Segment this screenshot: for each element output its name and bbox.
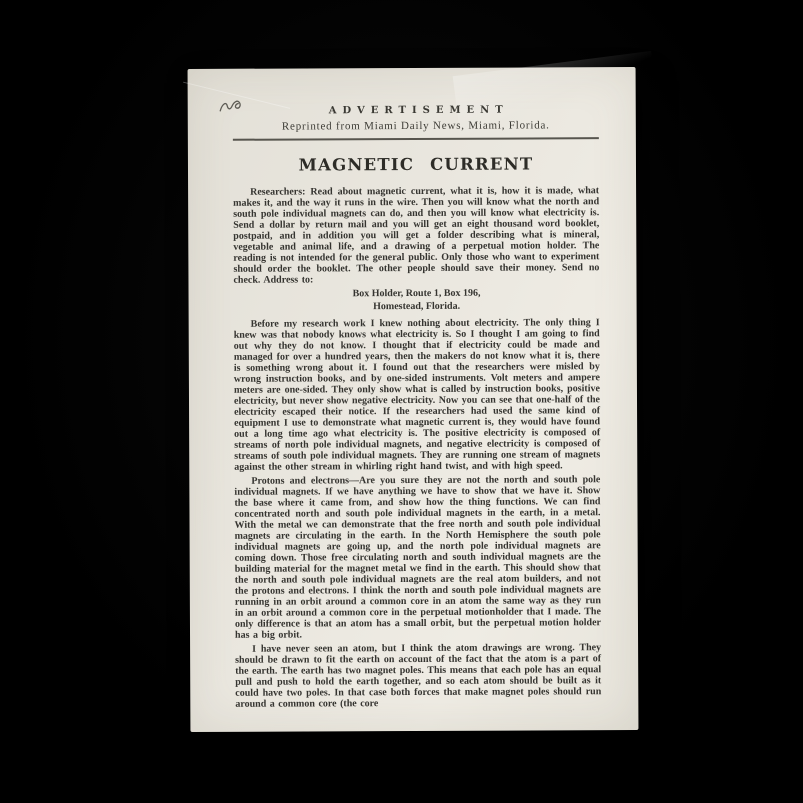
advertisement-label: ADVERTISEMENT bbox=[233, 104, 599, 117]
mailing-address: Box Holder, Route 1, Box 196, Homestead,… bbox=[234, 287, 600, 314]
header-rule-divider bbox=[233, 137, 599, 141]
document-page: ADVERTISEMENT Reprinted from Miami Daily… bbox=[188, 67, 639, 732]
body-paragraph-atom: I have never seen an atom, but I think t… bbox=[235, 642, 601, 710]
photo-background: ADVERTISEMENT Reprinted from Miami Daily… bbox=[0, 0, 803, 803]
body-paragraph-protons-electrons: Protons and electrons—Are you sure they … bbox=[234, 474, 601, 641]
page-content: ADVERTISEMENT Reprinted from Miami Daily… bbox=[188, 67, 639, 713]
reprint-source-line: Reprinted from Miami Daily News, Miami, … bbox=[233, 119, 599, 133]
mailing-address-line-2: Homestead, Florida. bbox=[234, 300, 600, 314]
body-paragraph-researchers: Researchers: Read about magnetic current… bbox=[233, 185, 599, 286]
body-paragraph-research: Before my research work I knew nothing a… bbox=[234, 317, 601, 473]
page-title: MAGNETIC CURRENT bbox=[233, 154, 599, 175]
article-body: Researchers: Read about magnetic current… bbox=[233, 185, 601, 710]
